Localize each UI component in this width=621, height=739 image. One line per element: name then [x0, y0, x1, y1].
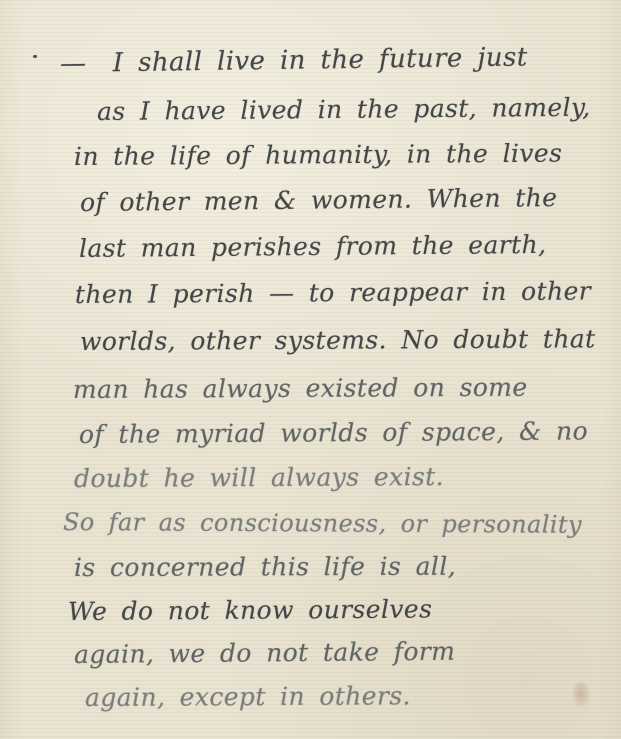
ink-speck [33, 55, 37, 58]
manuscript-line-5: last man perishes from the earth, [79, 229, 547, 265]
manuscript-line-14: again, we do not take form [74, 636, 456, 671]
manuscript-line-10: doubt he will always exist. [74, 461, 444, 495]
manuscript-text-block: — I shall live in the future just as I h… [0, 0, 621, 739]
manuscript-line-6: then I perish — to reappear in other [75, 275, 591, 311]
manuscript-line-12: is concerned this life is all, [74, 551, 456, 584]
manuscript-line-1: — I shall live in the future just [60, 41, 528, 80]
manuscript-line-13: We do not know ourselves [68, 593, 432, 628]
manuscript-line-3: in the life of humanity, in the lives [74, 138, 563, 173]
manuscript-line-4: of other men & women. When the [80, 182, 558, 219]
manuscript-line-8: man has always existed on some [73, 372, 528, 406]
paper-stain [572, 682, 590, 708]
manuscript-line-2: as I have lived in the past, namely, [97, 92, 591, 128]
manuscript-line-11: So far as consciousness, or personality [63, 506, 582, 541]
manuscript-line-9: of the myriad worlds of space, & no [79, 415, 588, 451]
journal-page: — I shall live in the future just as I h… [0, 0, 621, 739]
manuscript-line-15: again, except in others. [85, 680, 411, 714]
manuscript-line-7: worlds, other systems. No doubt that [80, 323, 596, 358]
